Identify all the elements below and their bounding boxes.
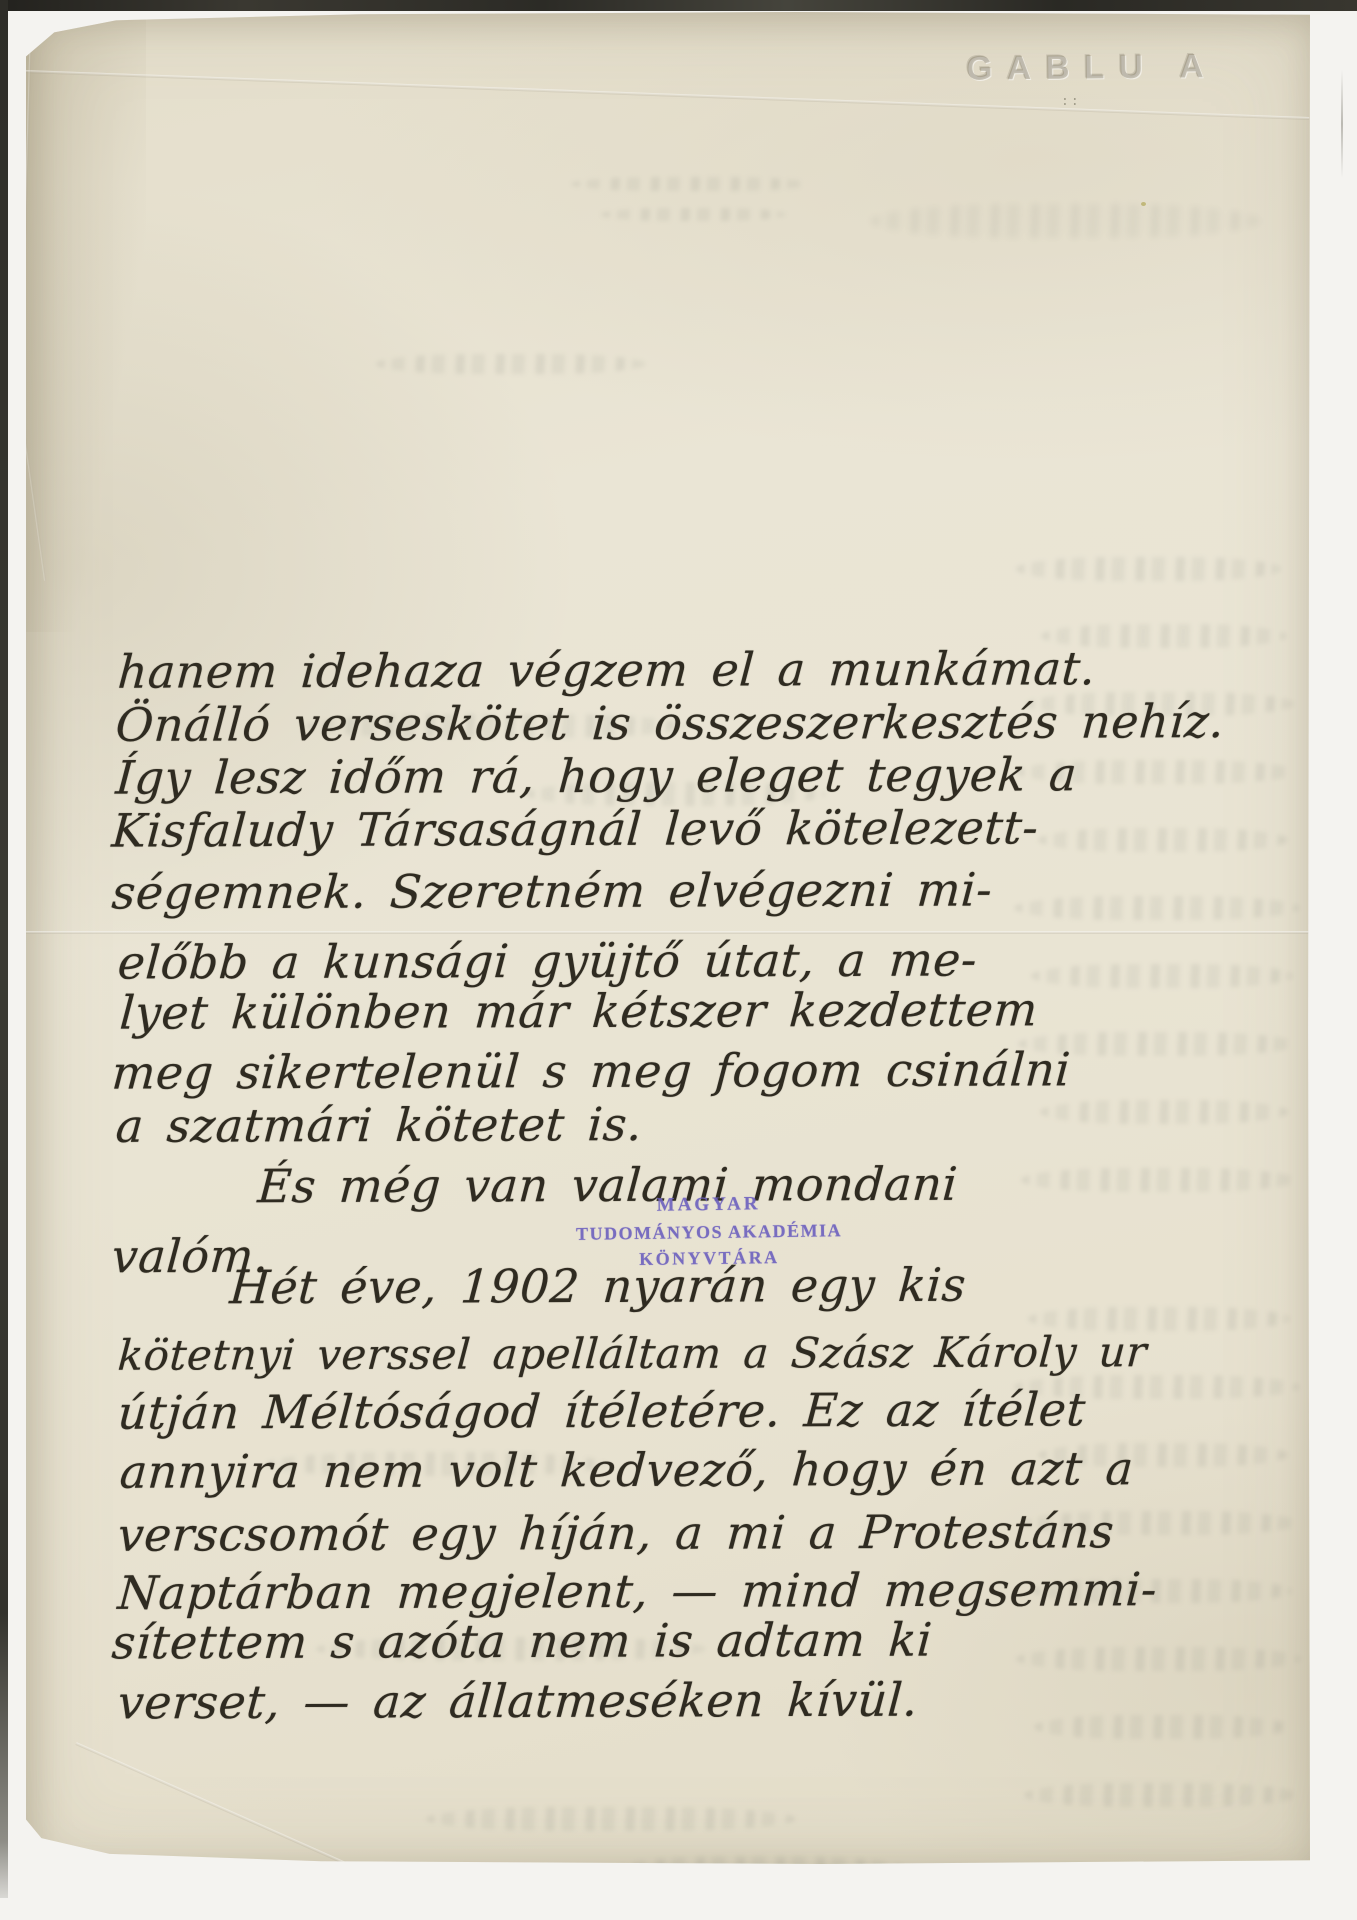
showthrough-ghost xyxy=(1021,1168,1296,1192)
backing-sheet-edge xyxy=(1341,70,1343,178)
scanned-letter-page: GABLU A :: hanem idehaza végzem el xyxy=(0,0,1357,1920)
scanner-dark-edge-top xyxy=(0,0,1357,11)
showthrough-ghost xyxy=(376,354,646,374)
stamp-line-1: MAGYAR xyxy=(573,1192,843,1218)
handwriting-line: kötetnyi verssel apelláltam a Szász Káro… xyxy=(116,1324,1149,1384)
showthrough-ghost xyxy=(601,208,786,221)
handwriting-line: útján Méltóságod ítéletére. Ez az ítélet xyxy=(116,1381,1088,1440)
scanner-dark-edge-left xyxy=(0,0,8,1898)
paper-corner-shading xyxy=(26,12,146,632)
showthrough-ghost xyxy=(871,204,1261,238)
showthrough-ghost xyxy=(1031,964,1293,988)
showthrough-ghost xyxy=(1038,828,1288,852)
handwriting-line: Így lesz időm rá, hogy eleget tegyek a xyxy=(114,746,1079,805)
fold-crease-bottom-left xyxy=(75,1742,378,1879)
handwriting-line: meg sikertelenül s meg fogom csinálni xyxy=(110,1041,1072,1100)
showthrough-ghost xyxy=(1024,1783,1296,1807)
handwriting-line: verscsomót egy híján, a mi a Protestáns xyxy=(116,1503,1116,1562)
stamp-line-2: TUDOMÁNYOS AKADÉMIA xyxy=(574,1220,844,1245)
handwriting-line: annyira nem volt kedvező, hogy én azt a xyxy=(118,1440,1135,1500)
handwriting-line: ségemnek. Szeretném elvégezni mi- xyxy=(110,861,994,920)
handwriting-line: sítettem s azóta nem is adtam ki xyxy=(110,1612,934,1671)
faint-small-mark: :: xyxy=(1061,94,1081,109)
handwriting-line: hanem idehaza végzem el a munkámat. xyxy=(116,640,1098,699)
showthrough-ghost xyxy=(1016,557,1281,581)
handwriting-line: verset, — az állatmeséken kívül. xyxy=(116,1672,920,1731)
showthrough-ghost xyxy=(1014,896,1299,920)
showthrough-ghost xyxy=(1040,1100,1288,1124)
showthrough-ghost xyxy=(426,1807,796,1831)
showthrough-ghost xyxy=(571,177,811,191)
handwriting-line: Önálló verseskötet is összeszerkesztés n… xyxy=(114,693,1226,753)
embossed-blind-stamp: GABLU A xyxy=(966,46,1296,88)
handwriting-line: lyet különben már kétszer kezdettem xyxy=(118,981,1040,1040)
showthrough-ghost xyxy=(616,1857,906,1881)
showthrough-ghost xyxy=(1034,1715,1290,1739)
library-ink-stamp: MAGYAR TUDOMÁNYOS AKADÉMIA KÖNYVTÁRA xyxy=(573,1192,844,1271)
stamp-line-3: KÖNYVTÁRA xyxy=(574,1246,844,1271)
showthrough-ghost xyxy=(1016,1647,1300,1671)
letter-paper: GABLU A :: hanem idehaza végzem el xyxy=(26,12,1310,1864)
handwriting-line: Kisfaludy Társaságnál levő kötelezett- xyxy=(110,799,1040,858)
handwriting-line: a szatmári kötetet is. xyxy=(114,1096,644,1154)
